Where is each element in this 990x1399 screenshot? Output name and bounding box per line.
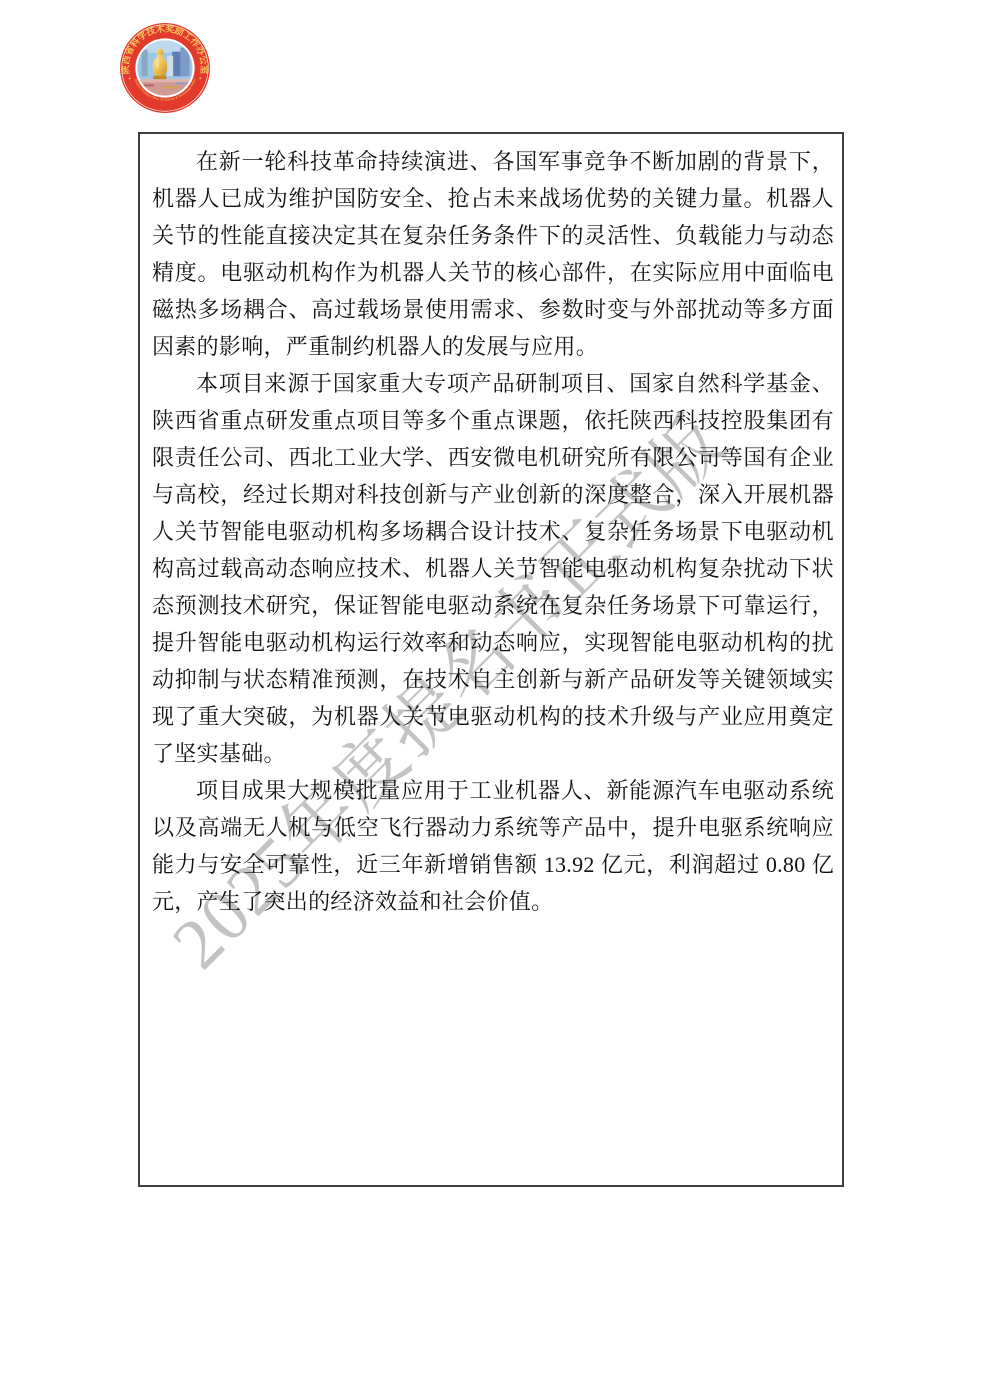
paragraph-background: 在新一轮科技革命持续演进、各国军事竞争不断加剧的背景下，机器人已成为维护国防安全… (152, 143, 834, 365)
paragraph-achievements: 项目成果大规模批量应用于工业机器人、新能源汽车电驱动系统以及高端无人机与低空飞行… (152, 772, 834, 920)
seal-center-photo (137, 40, 192, 95)
seal-star-right-icon: ✦ (198, 76, 202, 82)
seal-star-left-icon: ✦ (128, 76, 132, 82)
office-seal-logo: 陕西省科学技术奖励工作办公室 Shaanxi Province Office O… (119, 22, 211, 114)
document-page: 2025年度提名书正式版 (0, 0, 990, 1399)
seal-graphic: 陕西省科学技术奖励工作办公室 Shaanxi Province Office O… (119, 22, 211, 114)
paragraph-project-origin: 本项目来源于国家重大专项产品研制项目、国家自然科学基金、陕西省重点研发重点项目等… (152, 365, 834, 772)
summary-text-box: 在新一轮科技革命持续演进、各国军事竞争不断加剧的背景下，机器人已成为维护国防安全… (138, 132, 844, 1187)
